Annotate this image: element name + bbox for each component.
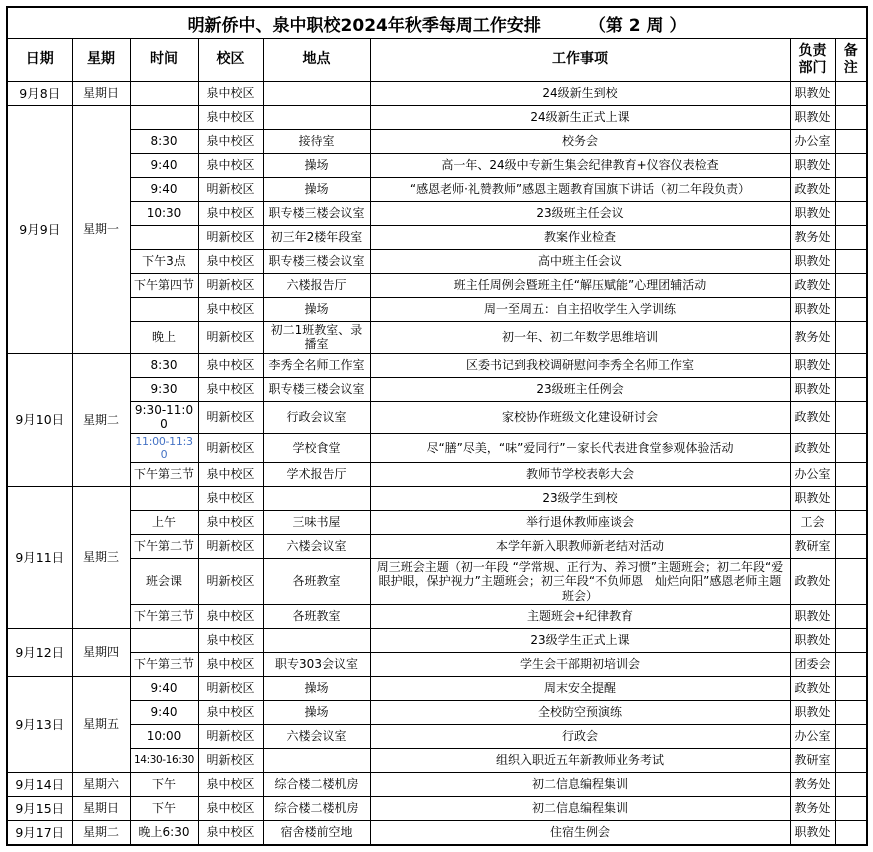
campus-cell: 泉中校区 xyxy=(198,202,263,226)
table-row: 下午第二节 明新校区 六楼会议室 本学年新入职教师新老结对活动 教研室 xyxy=(7,534,867,558)
campus-cell: 泉中校区 xyxy=(198,701,263,725)
col-header-task: 工作事项 xyxy=(370,39,790,82)
note-cell xyxy=(835,462,867,486)
time-cell: 10:30 xyxy=(130,202,198,226)
date-cell: 9月17日 xyxy=(7,821,72,846)
note-cell xyxy=(835,821,867,846)
note-cell xyxy=(835,250,867,274)
time-cell: 下午第三节 xyxy=(130,653,198,677)
location-cell: 操场 xyxy=(263,298,370,322)
note-cell xyxy=(835,274,867,298)
time-cell: 下午第三节 xyxy=(130,605,198,629)
page: 明新侨中、泉中职校2024年秋季每周工作安排（第 2 周 ） 日期 星期 时间 … xyxy=(0,0,873,852)
table-row: 下午第三节 泉中校区 学术报告厅 教师节学校表彰大会 办公室 xyxy=(7,462,867,486)
note-cell xyxy=(835,401,867,433)
campus-cell: 明新校区 xyxy=(198,274,263,298)
note-cell xyxy=(835,154,867,178)
note-cell xyxy=(835,725,867,749)
task-cell: 班主任周例会暨班主任“解压赋能”心理团辅活动 xyxy=(370,274,790,298)
time-cell: 下午 xyxy=(130,797,198,821)
campus-cell: 泉中校区 xyxy=(198,797,263,821)
time-cell: 8:30 xyxy=(130,353,198,377)
dept-cell: 教研室 xyxy=(790,749,835,773)
table-row: 下午第三节 泉中校区 职专303会议室 学生会干部期初培训会 团委会 xyxy=(7,653,867,677)
campus-cell: 泉中校区 xyxy=(198,250,263,274)
table-row: 9月15日 星期日 下午 泉中校区 综合楼二楼机房 初二信息编程集训 教务处 xyxy=(7,797,867,821)
location-cell: 初二1班教室、录播室 xyxy=(263,322,370,354)
time-cell: 下午第四节 xyxy=(130,274,198,298)
time-cell: 9:30 xyxy=(130,377,198,401)
note-cell xyxy=(835,677,867,701)
location-cell: 职专303会议室 xyxy=(263,653,370,677)
table-row: 下午第三节 泉中校区 各班教室 主题班会+纪律教育 职教处 xyxy=(7,605,867,629)
time-cell: 晚上 xyxy=(130,322,198,354)
campus-cell: 明新校区 xyxy=(198,558,263,604)
campus-cell: 泉中校区 xyxy=(198,653,263,677)
task-cell: 初二信息编程集训 xyxy=(370,773,790,797)
note-cell xyxy=(835,226,867,250)
table-row: 9月14日 星期六 下午 泉中校区 综合楼二楼机房 初二信息编程集训 教务处 xyxy=(7,773,867,797)
task-cell: 23级班主任会议 xyxy=(370,202,790,226)
weekday-cell: 星期五 xyxy=(72,677,130,773)
date-cell: 9月12日 xyxy=(7,629,72,677)
weekday-cell: 星期六 xyxy=(72,773,130,797)
note-cell xyxy=(835,178,867,202)
note-cell xyxy=(835,106,867,130)
note-cell xyxy=(835,534,867,558)
location-cell: 操场 xyxy=(263,154,370,178)
time-cell: 晚上6:30 xyxy=(130,821,198,846)
date-cell: 9月15日 xyxy=(7,797,72,821)
note-cell xyxy=(835,749,867,773)
campus-cell: 泉中校区 xyxy=(198,106,263,130)
task-cell: 全校防空预演练 xyxy=(370,701,790,725)
task-cell: 高一年、24级中专新生集会纪律教育+仪容仪表检查 xyxy=(370,154,790,178)
note-cell xyxy=(835,773,867,797)
task-cell: 家校协作班级文化建设研讨会 xyxy=(370,401,790,433)
campus-cell: 泉中校区 xyxy=(198,462,263,486)
campus-cell: 泉中校区 xyxy=(198,82,263,106)
time-cell-highlighted: 11:00-11:30 xyxy=(130,433,198,462)
time-cell xyxy=(130,486,198,510)
task-cell: 高中班主任会议 xyxy=(370,250,790,274)
dept-cell: 职教处 xyxy=(790,298,835,322)
time-cell xyxy=(130,298,198,322)
campus-cell: 泉中校区 xyxy=(198,510,263,534)
note-cell xyxy=(835,377,867,401)
task-cell: 本学年新入职教师新老结对活动 xyxy=(370,534,790,558)
table-row: 10:00 明新校区 六楼会议室 行政会 办公室 xyxy=(7,725,867,749)
location-cell: 综合楼二楼机房 xyxy=(263,797,370,821)
location-cell: 三味书屋 xyxy=(263,510,370,534)
task-cell: 校务会 xyxy=(370,130,790,154)
time-cell: 下午 xyxy=(130,773,198,797)
time-cell: 10:00 xyxy=(130,725,198,749)
dept-cell: 政教处 xyxy=(790,274,835,298)
dept-cell: 办公室 xyxy=(790,130,835,154)
dept-cell: 职教处 xyxy=(790,106,835,130)
task-cell: 教师节学校表彰大会 xyxy=(370,462,790,486)
dept-cell: 政教处 xyxy=(790,677,835,701)
time-cell: 8:30 xyxy=(130,130,198,154)
location-cell xyxy=(263,106,370,130)
campus-cell: 明新校区 xyxy=(198,433,263,462)
campus-cell: 明新校区 xyxy=(198,749,263,773)
table-row: 9:30 泉中校区 职专楼三楼会议室 23级班主任例会 职教处 xyxy=(7,377,867,401)
time-cell xyxy=(130,226,198,250)
table-row: 11:00-11:30 明新校区 学校食堂 尽“膳”尽美，“味”爱同行”－家长代… xyxy=(7,433,867,462)
task-cell: 行政会 xyxy=(370,725,790,749)
dept-cell: 职教处 xyxy=(790,377,835,401)
note-cell xyxy=(835,701,867,725)
task-cell: 24级新生到校 xyxy=(370,82,790,106)
task-cell: 初二信息编程集训 xyxy=(370,797,790,821)
table-row: 上午 泉中校区 三味书屋 举行退休教师座谈会 工会 xyxy=(7,510,867,534)
weekday-cell: 星期二 xyxy=(72,821,130,846)
location-cell: 各班教室 xyxy=(263,558,370,604)
location-cell xyxy=(263,486,370,510)
time-cell xyxy=(130,82,198,106)
dept-cell: 职教处 xyxy=(790,605,835,629)
campus-cell: 明新校区 xyxy=(198,226,263,250)
title-row: 明新侨中、泉中职校2024年秋季每周工作安排（第 2 周 ） xyxy=(7,7,867,39)
dept-cell: 教研室 xyxy=(790,534,835,558)
dept-cell: 政教处 xyxy=(790,401,835,433)
location-cell xyxy=(263,82,370,106)
col-header-note: 备注 xyxy=(835,39,867,82)
campus-cell: 明新校区 xyxy=(198,677,263,701)
campus-cell: 明新校区 xyxy=(198,725,263,749)
time-cell: 9:40 xyxy=(130,677,198,701)
table-row: 9:40 泉中校区 操场 高一年、24级中专新生集会纪律教育+仪容仪表检查 职教… xyxy=(7,154,867,178)
time-cell: 下午第三节 xyxy=(130,462,198,486)
campus-cell: 泉中校区 xyxy=(198,353,263,377)
location-cell: 接待室 xyxy=(263,130,370,154)
table-row: 下午3点 泉中校区 职专楼三楼会议室 高中班主任会议 职教处 xyxy=(7,250,867,274)
campus-cell: 明新校区 xyxy=(198,178,263,202)
task-cell: 周末安全提醒 xyxy=(370,677,790,701)
time-cell: 上午 xyxy=(130,510,198,534)
dept-cell: 职教处 xyxy=(790,486,835,510)
table-row: 9月12日 星期四 泉中校区 23级学生正式上课 职教处 xyxy=(7,629,867,653)
location-cell: 职专楼三楼会议室 xyxy=(263,377,370,401)
col-header-time: 时间 xyxy=(130,39,198,82)
location-cell xyxy=(263,629,370,653)
table-row: 下午第四节 明新校区 六楼报告厅 班主任周例会暨班主任“解压赋能”心理团辅活动 … xyxy=(7,274,867,298)
time-cell: 下午第二节 xyxy=(130,534,198,558)
dept-cell: 办公室 xyxy=(790,725,835,749)
table-row: 8:30 泉中校区 接待室 校务会 办公室 xyxy=(7,130,867,154)
time-cell xyxy=(130,106,198,130)
time-cell: 9:30-11:00 xyxy=(130,401,198,433)
weekday-cell: 星期日 xyxy=(72,797,130,821)
dept-cell: 工会 xyxy=(790,510,835,534)
table-row: 9:40 泉中校区 操场 全校防空预演练 职教处 xyxy=(7,701,867,725)
campus-cell: 泉中校区 xyxy=(198,377,263,401)
task-cell: 24级新生正式上课 xyxy=(370,106,790,130)
campus-cell: 泉中校区 xyxy=(198,130,263,154)
table-row: 9月11日 星期三 泉中校区 23级学生到校 职教处 xyxy=(7,486,867,510)
table-row: 晚上 明新校区 初二1班教室、录播室 初一年、初二年数学思维培训 教务处 xyxy=(7,322,867,354)
table-row: 泉中校区 操场 周一至周五：自主招收学生入学训练 职教处 xyxy=(7,298,867,322)
location-cell: 初三年2楼年段室 xyxy=(263,226,370,250)
note-cell xyxy=(835,130,867,154)
task-cell: 23级班主任例会 xyxy=(370,377,790,401)
dept-cell: 职教处 xyxy=(790,82,835,106)
dept-cell: 职教处 xyxy=(790,353,835,377)
table-row: 明新校区 初三年2楼年段室 教案作业检查 教务处 xyxy=(7,226,867,250)
location-cell: 行政会议室 xyxy=(263,401,370,433)
note-cell xyxy=(835,298,867,322)
task-cell: 区委书记到我校调研慰问李秀全名师工作室 xyxy=(370,353,790,377)
note-cell xyxy=(835,433,867,462)
location-cell: 李秀全名师工作室 xyxy=(263,353,370,377)
title-week: （第 2 周 ） xyxy=(589,16,687,36)
col-header-campus: 校区 xyxy=(198,39,263,82)
location-cell: 六楼会议室 xyxy=(263,725,370,749)
weekday-cell: 星期四 xyxy=(72,629,130,677)
title-main: 明新侨中、泉中职校2024年秋季每周工作安排 xyxy=(188,16,541,36)
location-cell: 职专楼三楼会议室 xyxy=(263,250,370,274)
task-cell: “感恩老师·礼赞教师”感恩主题教育国旗下讲话（初二年段负责） xyxy=(370,178,790,202)
date-cell: 9月11日 xyxy=(7,486,72,628)
dept-cell: 教务处 xyxy=(790,773,835,797)
note-cell xyxy=(835,605,867,629)
time-cell: 9:40 xyxy=(130,154,198,178)
location-cell: 操场 xyxy=(263,178,370,202)
date-cell: 9月10日 xyxy=(7,353,72,486)
dept-cell: 职教处 xyxy=(790,250,835,274)
table-row: 9月8日 星期日 泉中校区 24级新生到校 职教处 xyxy=(7,82,867,106)
note-cell xyxy=(835,558,867,604)
note-cell xyxy=(835,629,867,653)
col-header-weekday: 星期 xyxy=(72,39,130,82)
time-cell: 9:40 xyxy=(130,178,198,202)
dept-cell: 办公室 xyxy=(790,462,835,486)
date-cell: 9月8日 xyxy=(7,82,72,106)
dept-cell: 职教处 xyxy=(790,821,835,846)
task-cell: 尽“膳”尽美，“味”爱同行”－家长代表进食堂参观体验活动 xyxy=(370,433,790,462)
dept-cell: 政教处 xyxy=(790,433,835,462)
time-cell xyxy=(130,629,198,653)
task-cell: 周一至周五：自主招收学生入学训练 xyxy=(370,298,790,322)
location-cell: 各班教室 xyxy=(263,605,370,629)
dept-cell: 职教处 xyxy=(790,701,835,725)
dept-cell: 政教处 xyxy=(790,558,835,604)
task-cell: 主题班会+纪律教育 xyxy=(370,605,790,629)
location-cell: 六楼报告厅 xyxy=(263,274,370,298)
campus-cell: 泉中校区 xyxy=(198,486,263,510)
col-header-dept: 负责部门 xyxy=(790,39,835,82)
location-cell xyxy=(263,749,370,773)
date-cell: 9月14日 xyxy=(7,773,72,797)
table-row: 14:30-16:30 明新校区 组织入职近五年新教师业务考试 教研室 xyxy=(7,749,867,773)
location-cell: 操场 xyxy=(263,677,370,701)
campus-cell: 泉中校区 xyxy=(198,154,263,178)
weekday-cell: 星期日 xyxy=(72,82,130,106)
campus-cell: 泉中校区 xyxy=(198,298,263,322)
schedule-table: 明新侨中、泉中职校2024年秋季每周工作安排（第 2 周 ） 日期 星期 时间 … xyxy=(6,6,868,846)
note-cell xyxy=(835,322,867,354)
location-cell: 操场 xyxy=(263,701,370,725)
table-row: 10:30 泉中校区 职专楼三楼会议室 23级班主任会议 职教处 xyxy=(7,202,867,226)
table-row: 9月10日 星期二 8:30 泉中校区 李秀全名师工作室 区委书记到我校调研慰问… xyxy=(7,353,867,377)
task-cell: 23级学生正式上课 xyxy=(370,629,790,653)
note-cell xyxy=(835,510,867,534)
campus-cell: 明新校区 xyxy=(198,401,263,433)
campus-cell: 泉中校区 xyxy=(198,629,263,653)
location-cell: 综合楼二楼机房 xyxy=(263,773,370,797)
note-cell xyxy=(835,797,867,821)
table-row: 9月9日 星期一 泉中校区 24级新生正式上课 职教处 xyxy=(7,106,867,130)
note-cell xyxy=(835,202,867,226)
dept-cell: 教务处 xyxy=(790,797,835,821)
task-cell: 组织入职近五年新教师业务考试 xyxy=(370,749,790,773)
location-cell: 学校食堂 xyxy=(263,433,370,462)
weekday-cell: 星期二 xyxy=(72,353,130,486)
dept-cell: 政教处 xyxy=(790,178,835,202)
note-cell xyxy=(835,353,867,377)
table-row: 班会课 明新校区 各班教室 周三班会主题（初一年段 “学常规、正行为、养习惯”主… xyxy=(7,558,867,604)
task-cell: 学生会干部期初培训会 xyxy=(370,653,790,677)
table-row: 9月17日 星期二 晚上6:30 泉中校区 宿舍楼前空地 住宿生例会 职教处 xyxy=(7,821,867,846)
date-cell: 9月9日 xyxy=(7,106,72,354)
task-cell: 住宿生例会 xyxy=(370,821,790,846)
table-row: 9月13日 星期五 9:40 明新校区 操场 周末安全提醒 政教处 xyxy=(7,677,867,701)
table-row: 9:40 明新校区 操场 “感恩老师·礼赞教师”感恩主题教育国旗下讲话（初二年段… xyxy=(7,178,867,202)
campus-cell: 泉中校区 xyxy=(198,821,263,846)
dept-cell: 职教处 xyxy=(790,202,835,226)
task-cell: 初一年、初二年数学思维培训 xyxy=(370,322,790,354)
campus-cell: 明新校区 xyxy=(198,322,263,354)
date-cell: 9月13日 xyxy=(7,677,72,773)
time-cell: 班会课 xyxy=(130,558,198,604)
weekday-cell: 星期三 xyxy=(72,486,130,628)
time-cell: 下午3点 xyxy=(130,250,198,274)
col-header-location: 地点 xyxy=(263,39,370,82)
campus-cell: 明新校区 xyxy=(198,534,263,558)
campus-cell: 泉中校区 xyxy=(198,773,263,797)
note-cell xyxy=(835,486,867,510)
col-header-date: 日期 xyxy=(7,39,72,82)
task-cell: 举行退休教师座谈会 xyxy=(370,510,790,534)
table-row: 9:30-11:00 明新校区 行政会议室 家校协作班级文化建设研讨会 政教处 xyxy=(7,401,867,433)
dept-cell: 职教处 xyxy=(790,154,835,178)
campus-cell: 泉中校区 xyxy=(198,605,263,629)
time-cell: 9:40 xyxy=(130,701,198,725)
dept-cell: 教务处 xyxy=(790,226,835,250)
location-cell: 职专楼三楼会议室 xyxy=(263,202,370,226)
dept-cell: 教务处 xyxy=(790,322,835,354)
location-cell: 六楼会议室 xyxy=(263,534,370,558)
task-cell: 周三班会主题（初一年段 “学常规、正行为、养习惯”主题班会；初二年段“爱眼护眼，… xyxy=(370,558,790,604)
task-cell: 23级学生到校 xyxy=(370,486,790,510)
dept-cell: 职教处 xyxy=(790,629,835,653)
weekday-cell: 星期一 xyxy=(72,106,130,354)
dept-cell: 团委会 xyxy=(790,653,835,677)
note-cell xyxy=(835,82,867,106)
location-cell: 宿舍楼前空地 xyxy=(263,821,370,846)
task-cell: 教案作业检查 xyxy=(370,226,790,250)
note-cell xyxy=(835,653,867,677)
time-cell: 14:30-16:30 xyxy=(130,749,198,773)
header-row: 日期 星期 时间 校区 地点 工作事项 负责部门 备注 xyxy=(7,39,867,82)
location-cell: 学术报告厅 xyxy=(263,462,370,486)
page-title: 明新侨中、泉中职校2024年秋季每周工作安排（第 2 周 ） xyxy=(7,7,867,39)
